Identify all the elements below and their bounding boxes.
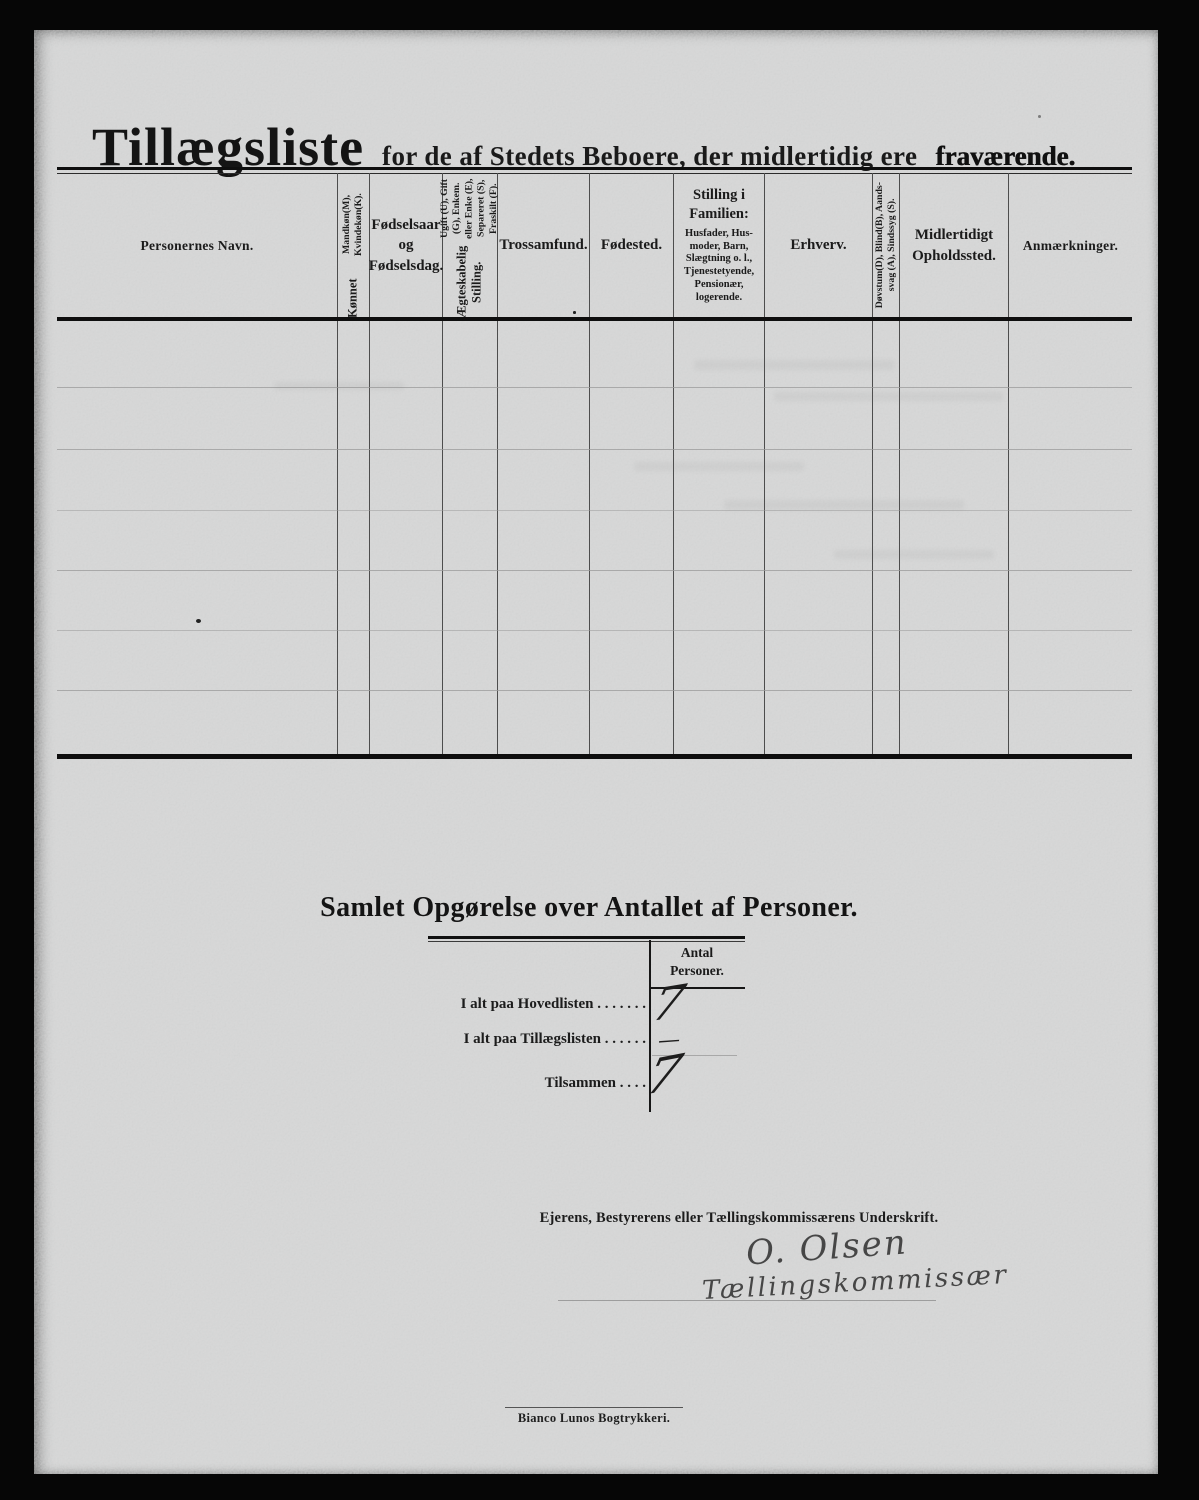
summary-row-tillaegslisten-label: I alt paa Tillægslisten . . . . . . [464,1031,646,1048]
printer-rule [505,1407,683,1408]
signature-caption: Ejerens, Bestyrerens eller Tællingskommi… [454,1210,1024,1227]
ink-speck [573,311,576,314]
column-doevstum: Døvstum(D), Blind(B), Aands- svag (A), S… [873,173,900,754]
stilling-title: Stilling i Familien: [689,186,749,222]
printer-imprint: Bianco Lunos Bogtrykkeri. [474,1411,714,1426]
column-trossamfund: Trossamfund. [498,173,590,754]
table-top-rule [57,167,1132,170]
column-koennet: Kønnet Mandkøn(M), Kvindekøn(K). [338,173,370,754]
column-header-foedested: Fødested. [601,235,662,255]
aegteskabelig-title: Ægteskabelig Stilling. [455,246,485,318]
summary-table: Antal Personer. I alt paa Hovedlisten . … [428,936,745,1112]
bleedthrough-smudge [694,360,894,370]
ink-speck [1038,115,1041,118]
summary-row-hovedlisten-label: I alt paa Hovedlisten . . . . . . . [461,996,646,1013]
summary-top-rule [428,936,745,939]
bleedthrough-smudge [634,462,804,471]
table-row-line [57,690,1132,691]
form-title-subtitle: for de af Stedets Beboere, der midlertid… [382,143,917,170]
table-row-line [57,387,1132,388]
column-header-personernes-navn: Personernes Navn. [140,237,253,255]
column-header-anmaerkninger: Anmærkninger. [1023,237,1118,255]
table-row-line [57,570,1132,571]
koennet-title: Kønnet [346,278,361,318]
bleedthrough-smudge [724,500,964,510]
doevstum-sub: Døvstum(D), Blind(B), Aands- svag (A), S… [874,182,898,308]
header-bottom-rule [57,317,1132,321]
column-personernes-navn: Personernes Navn. [57,173,338,754]
column-header-doevstum: Døvstum(D), Blind(B), Aands- svag (A), S… [874,182,898,308]
handwritten-count-tilsammen: 7 [641,1047,686,1103]
form-title-subtitle-emphasis: fraværende. [935,143,1075,170]
summary-count-header: Antal Personer. [649,944,745,980]
bleedthrough-smudge [834,550,994,559]
form-title-main: Tillægsliste [92,120,364,174]
table-columns: Personernes Navn. Kønnet Mandkøn(M), Kvi… [57,173,1132,754]
ink-speck [196,619,201,623]
table-row-line [57,630,1132,631]
signature-underline [558,1300,936,1301]
scan-frame: Tillægsliste for de af Stedets Beboere, … [0,0,1199,1500]
column-header-erhverv: Erhverv. [790,235,846,255]
table-bottom-rule [57,754,1132,759]
summary-top-rule-inner [428,941,745,942]
table-row-line [57,449,1132,450]
summary-heading: Samlet Opgørelse over Antallet af Person… [300,892,878,924]
column-midlertidigt-opholdssted: Midlertidigt Opholdssted. [900,173,1009,754]
form-title: Tillægsliste for de af Stedets Beboere, … [92,120,1075,174]
stilling-sub: Husfader, Hus- moder, Barn, Slægtning o.… [684,228,754,305]
koennet-sub: Mandkøn(M), Kvindekøn(K). [341,173,365,276]
column-foedselsaar: Fødselsaar og Fødselsdag. [370,173,443,754]
column-anmaerkninger: Anmærkninger. [1009,173,1132,754]
census-table: Personernes Navn. Kønnet Mandkøn(M), Kvi… [57,167,1132,759]
summary-row-tilsammen-label: Tilsammen . . . . [545,1075,646,1092]
column-header-koennet: Kønnet Mandkøn(M), Kvindekøn(K). [341,173,365,318]
handwritten-count-hovedlisten: 7 [648,978,689,1028]
bleedthrough-smudge [274,382,404,390]
bleedthrough-smudge [774,392,1004,401]
column-header-trossamfund: Trossamfund. [499,235,587,255]
column-header-opholdssted: Midlertidigt Opholdssted. [912,225,996,266]
column-header-aegteskabelig: Ægteskabelig Stilling. Ugift (U), Gift (… [439,173,500,318]
column-aegteskabelig-stilling: Ægteskabelig Stilling. Ugift (U), Gift (… [443,173,498,754]
document-page: Tillægsliste for de af Stedets Beboere, … [34,30,1158,1474]
column-header-foedselsaar: Fødselsaar og Fødselsdag. [369,215,444,276]
table-row-line [57,510,1132,511]
aegteskabelig-sub: Ugift (U), Gift (G), Enkem. eller Enke (… [439,173,500,244]
